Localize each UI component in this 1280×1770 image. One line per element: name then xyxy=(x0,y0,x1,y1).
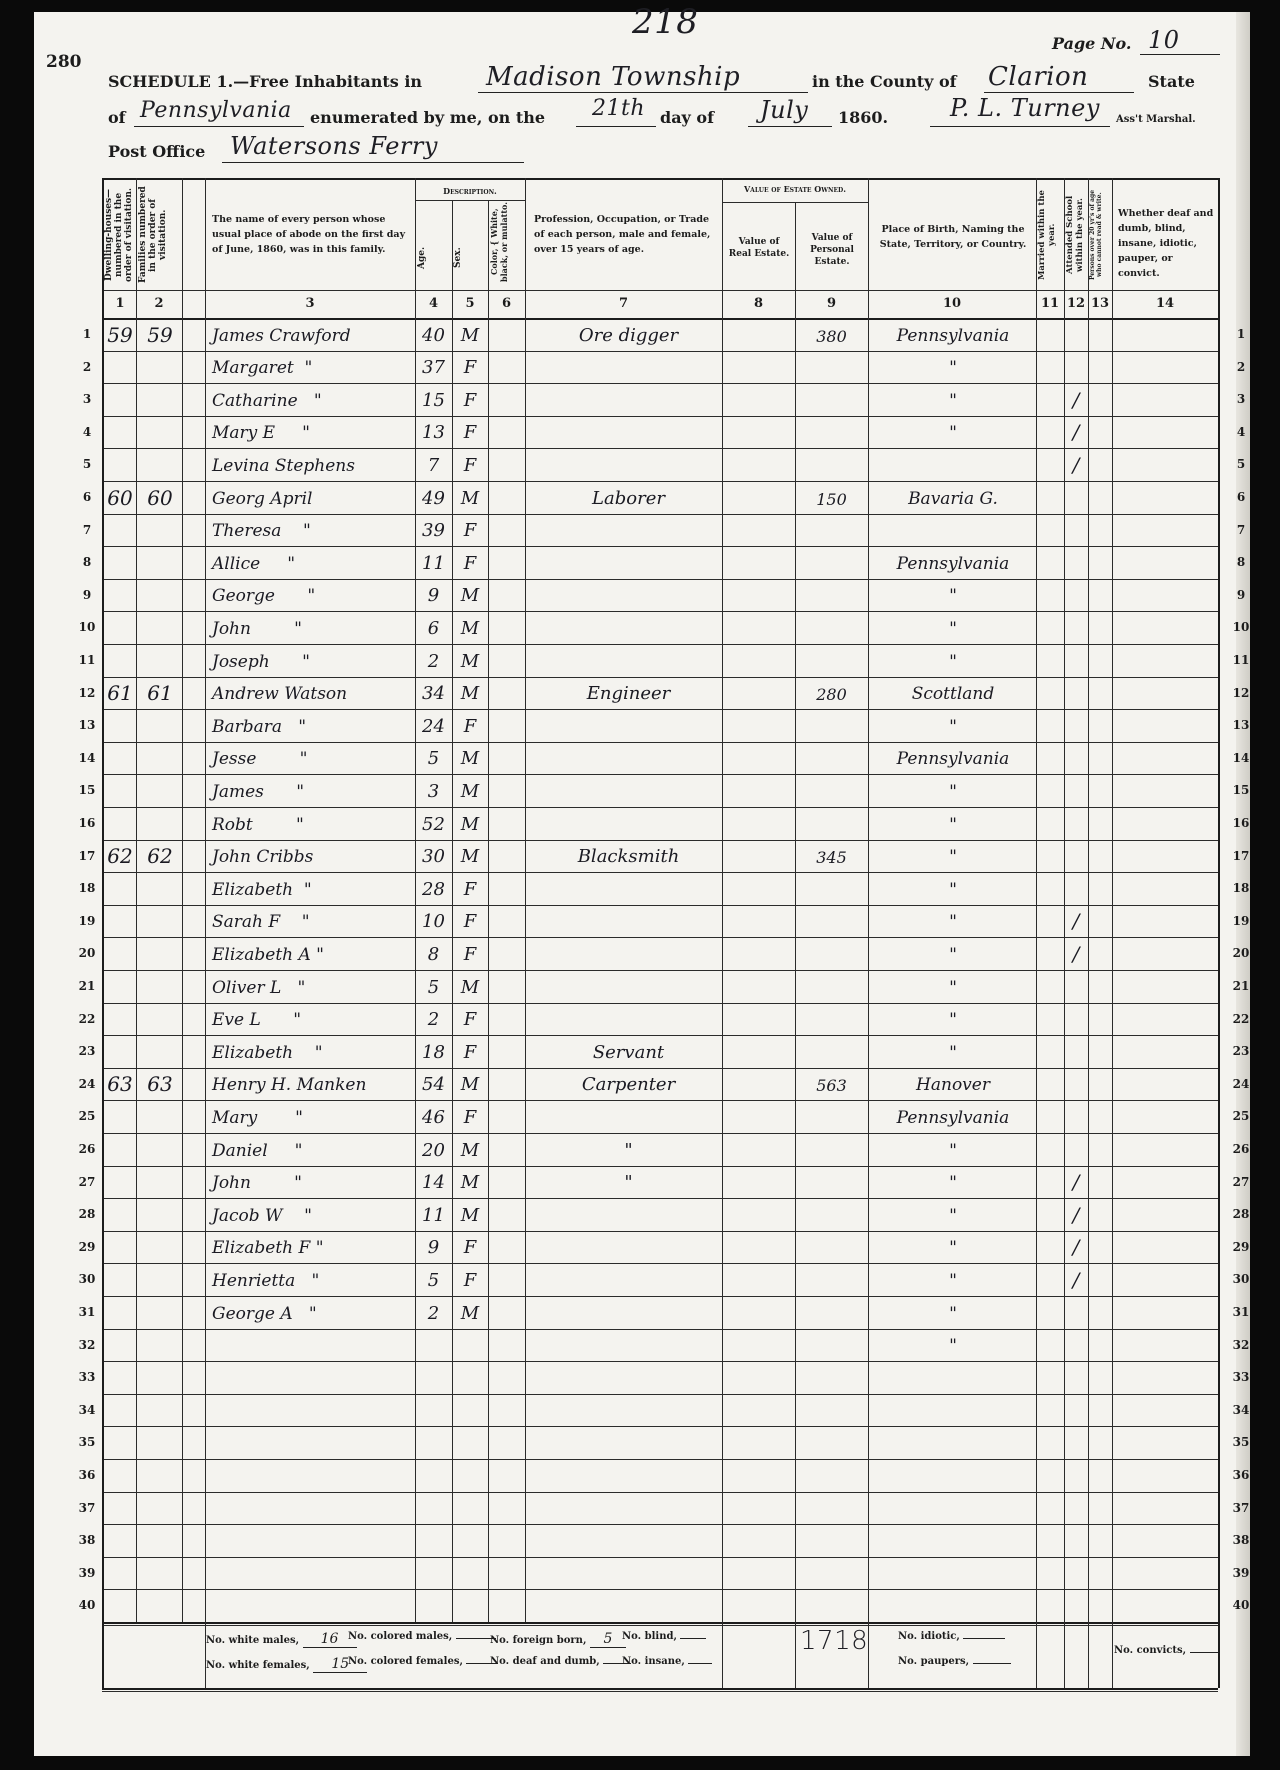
row-number-right: 31 xyxy=(1228,1305,1254,1319)
grid-hline xyxy=(102,351,1218,352)
dwelling-number: 63 xyxy=(104,1072,136,1096)
person-name: Robt " xyxy=(212,815,417,835)
person-name: Theresa " xyxy=(212,521,417,541)
person-name: Henry H. Manken xyxy=(212,1075,417,1095)
grid-hline xyxy=(102,1133,1218,1134)
county-label: in the County of xyxy=(812,72,957,91)
row-number-left: 20 xyxy=(74,946,100,960)
grid-hline xyxy=(102,709,1218,710)
page-no-line xyxy=(1140,54,1220,55)
row-number-left: 10 xyxy=(74,620,100,634)
grid-hline xyxy=(102,1688,1218,1690)
colnum-11: 11 xyxy=(1036,291,1064,317)
handwritten-folio: 218 xyxy=(632,2,698,42)
grid-hline xyxy=(102,1625,1218,1626)
sex: F xyxy=(452,357,488,378)
sex: F xyxy=(452,455,488,476)
school-mark: / xyxy=(1064,1170,1088,1194)
of-label: of xyxy=(108,108,126,127)
colnum-13: 13 xyxy=(1088,291,1112,317)
schedule-title: SCHEDULE 1.—Free Inhabitants in xyxy=(108,72,422,91)
sex: M xyxy=(452,325,488,346)
person-name: Oliver L " xyxy=(212,978,417,998)
row-number-right: 26 xyxy=(1228,1142,1254,1156)
grid-hline xyxy=(102,1003,1218,1004)
birthplace: Bavaria G. xyxy=(870,489,1036,509)
row-number-left: 5 xyxy=(74,457,100,471)
grid-hline xyxy=(102,1361,1218,1362)
row-number-right: 22 xyxy=(1228,1012,1254,1026)
person-name: Mary E " xyxy=(212,423,417,443)
grid-hline xyxy=(102,1166,1218,1167)
row-number-right: 27 xyxy=(1228,1175,1254,1189)
dwelling-number: 62 xyxy=(104,844,136,868)
row-number-left: 33 xyxy=(74,1370,100,1384)
row-number-right: 5 xyxy=(1228,457,1254,471)
county-line xyxy=(984,92,1134,93)
colnum-4: 4 xyxy=(415,291,452,317)
header-school: Attended School within the year. xyxy=(1065,184,1087,286)
row-number-right: 29 xyxy=(1228,1240,1254,1254)
birthplace: Scottland xyxy=(870,684,1036,704)
post-office-value: Watersons Ferry xyxy=(230,132,438,160)
row-number-right: 40 xyxy=(1228,1598,1254,1612)
age: 20 xyxy=(415,1140,452,1161)
row-number-left: 3 xyxy=(74,392,100,406)
row-number-left: 25 xyxy=(74,1109,100,1123)
grid-vline xyxy=(795,202,796,1622)
birthplace: " xyxy=(870,1173,1036,1193)
insane-label: No. insane, xyxy=(622,1656,685,1667)
sex: M xyxy=(452,488,488,509)
colnum-2: 2 xyxy=(137,291,181,317)
foreign-born-value: 5 xyxy=(590,1631,626,1648)
state-line xyxy=(134,126,304,127)
birthplace: " xyxy=(870,1010,1036,1030)
grid-hline xyxy=(102,872,1218,873)
grid-vline xyxy=(722,178,723,1622)
person-name: Georg April xyxy=(212,489,417,509)
header-married: Married within the year. xyxy=(1037,184,1063,286)
row-number-left: 12 xyxy=(74,686,100,700)
dwelling-number: 59 xyxy=(104,323,136,347)
grid-hline xyxy=(102,1524,1218,1525)
colnum-10: 10 xyxy=(868,291,1036,317)
occupation: " xyxy=(535,1172,722,1193)
age: 11 xyxy=(415,1205,452,1226)
insane-value xyxy=(688,1663,712,1664)
personal-estate-value: 345 xyxy=(795,848,868,867)
row-number-left: 14 xyxy=(74,751,100,765)
header-personal-estate: Value of Personal Estate. xyxy=(798,232,866,268)
age: 3 xyxy=(415,781,452,802)
row-number-right: 2 xyxy=(1228,360,1254,374)
row-number-right: 19 xyxy=(1228,914,1254,928)
sex: F xyxy=(452,879,488,900)
person-name: John Cribbs xyxy=(212,847,417,867)
person-name: Jacob W " xyxy=(212,1206,417,1226)
personal-estate-value: 150 xyxy=(795,490,868,509)
person-name: Elizabeth " xyxy=(212,1043,417,1063)
colored-males-label: No. colored males, xyxy=(348,1631,452,1642)
family-number: 59 xyxy=(138,323,182,347)
row-number-right: 33 xyxy=(1228,1370,1254,1384)
school-mark: / xyxy=(1064,909,1088,933)
row-number-right: 16 xyxy=(1228,816,1254,830)
sex: M xyxy=(452,1205,488,1226)
person-name: Allice " xyxy=(212,554,417,574)
birthplace: Hanover xyxy=(870,1075,1036,1095)
footer-foreign-born: No. foreign born, 5 xyxy=(490,1631,626,1648)
sex: M xyxy=(452,781,488,802)
row-number-left: 30 xyxy=(74,1272,100,1286)
age: 39 xyxy=(415,520,452,541)
header-real-estate: Value of Real Estate. xyxy=(726,236,792,260)
grid-vline xyxy=(205,178,206,1622)
occupation: Engineer xyxy=(535,683,722,704)
dwelling-number: 60 xyxy=(104,486,136,510)
sex: F xyxy=(452,553,488,574)
footer-idiotic: No. idiotic, xyxy=(898,1631,1005,1642)
grid-vline xyxy=(1088,178,1089,1622)
age: 5 xyxy=(415,977,452,998)
grid-hline xyxy=(102,1100,1218,1101)
school-mark: / xyxy=(1064,942,1088,966)
family-number: 61 xyxy=(138,681,182,705)
sex: F xyxy=(452,911,488,932)
grid-hline xyxy=(102,611,1218,612)
grid-vline xyxy=(1036,178,1037,1622)
row-number-left: 8 xyxy=(74,555,100,569)
person-name: George A " xyxy=(212,1304,417,1324)
row-number-left: 16 xyxy=(74,816,100,830)
age: 15 xyxy=(415,390,452,411)
row-number-right: 11 xyxy=(1228,653,1254,667)
row-number-right: 30 xyxy=(1228,1272,1254,1286)
row-number-right: 37 xyxy=(1228,1501,1254,1515)
month-line xyxy=(748,126,832,127)
header-sex: Sex. xyxy=(453,230,487,286)
age: 8 xyxy=(415,944,452,965)
birthplace: " xyxy=(870,782,1036,802)
person-name: George " xyxy=(212,586,417,606)
grid-vline xyxy=(488,200,489,1622)
person-name: Daniel " xyxy=(212,1141,417,1161)
birthplace: Pennsylvania xyxy=(870,749,1036,769)
row-number-left: 7 xyxy=(74,523,100,537)
row-number-left: 31 xyxy=(74,1305,100,1319)
age: 9 xyxy=(415,1237,452,1258)
colnum-9: 9 xyxy=(795,291,868,317)
white-males-label: No. white males, xyxy=(206,1635,299,1646)
birthplace: " xyxy=(870,1141,1036,1161)
age: 2 xyxy=(415,651,452,672)
sex: M xyxy=(452,1074,488,1095)
row-number-right: 28 xyxy=(1228,1207,1254,1221)
row-number-right: 32 xyxy=(1228,1338,1254,1352)
grid-hline xyxy=(102,1622,1218,1624)
occupation: Laborer xyxy=(535,488,722,509)
grid-vline xyxy=(1218,178,1220,1622)
row-number-right: 21 xyxy=(1228,979,1254,993)
person-name: Elizabeth F " xyxy=(212,1238,417,1258)
occupation: Servant xyxy=(535,1042,722,1063)
row-number-right: 36 xyxy=(1228,1468,1254,1482)
grid-hline xyxy=(102,178,1218,180)
family-number: 60 xyxy=(138,486,182,510)
sex: M xyxy=(452,977,488,998)
sex: F xyxy=(452,422,488,443)
grid-hline xyxy=(102,1198,1218,1199)
sex: M xyxy=(452,618,488,639)
birthplace: " xyxy=(870,847,1036,867)
sex: F xyxy=(452,716,488,737)
row-number-right: 39 xyxy=(1228,1566,1254,1580)
age: 24 xyxy=(415,716,452,737)
birthplace: " xyxy=(870,586,1036,606)
footer-white-males: No. white males, 16 xyxy=(206,1631,357,1648)
row-number-left: 13 xyxy=(74,718,100,732)
person-name: Levina Stephens xyxy=(212,456,417,476)
birthplace: " xyxy=(870,619,1036,639)
row-number-left: 28 xyxy=(74,1207,100,1221)
row-number-left: 38 xyxy=(74,1533,100,1547)
grid-hline xyxy=(102,840,1218,841)
person-name: John " xyxy=(212,1173,417,1193)
row-number-right: 14 xyxy=(1228,751,1254,765)
header-name: The name of every person whose usual pla… xyxy=(212,212,408,257)
dwelling-number: 61 xyxy=(104,681,136,705)
header-estate-group: Value of Estate Owned. xyxy=(723,182,867,196)
age: 40 xyxy=(415,325,452,346)
paupers-value xyxy=(973,1663,1011,1664)
row-number-left: 37 xyxy=(74,1501,100,1515)
header-remarks: Whether deaf and dumb, blind, insane, id… xyxy=(1118,206,1214,281)
grid-hline xyxy=(102,774,1218,775)
row-number-right: 24 xyxy=(1228,1077,1254,1091)
header-dwelling: Dwelling-houses— numbered in the order o… xyxy=(104,184,136,286)
marshal-line xyxy=(930,126,1110,127)
age: 46 xyxy=(415,1107,452,1128)
enumerated-label: enumerated by me, on the xyxy=(310,108,545,127)
colnum-14: 14 xyxy=(1112,291,1218,317)
age: 52 xyxy=(415,814,452,835)
person-name: Mary " xyxy=(212,1108,417,1128)
sex: F xyxy=(452,944,488,965)
grid-vline xyxy=(722,1622,723,1688)
footer-paupers: No. paupers, xyxy=(898,1656,1011,1667)
sex: F xyxy=(452,1042,488,1063)
birthplace: " xyxy=(870,1206,1036,1226)
sex: F xyxy=(452,1237,488,1258)
row-number-left: 11 xyxy=(74,653,100,667)
age: 10 xyxy=(415,911,452,932)
birthplace: " xyxy=(870,1238,1036,1258)
colnum-12: 12 xyxy=(1064,291,1088,317)
grid-vline xyxy=(102,178,104,1622)
age: 49 xyxy=(415,488,452,509)
row-number-left: 39 xyxy=(74,1566,100,1580)
grid-hline xyxy=(102,1459,1218,1460)
grid-hline xyxy=(102,1394,1218,1395)
occupation: Carpenter xyxy=(535,1074,722,1095)
sex: M xyxy=(452,651,488,672)
convicts-value xyxy=(1190,1652,1218,1653)
stamp-number: 280 xyxy=(46,52,82,72)
age: 18 xyxy=(415,1042,452,1063)
row-number-left: 22 xyxy=(74,1012,100,1026)
row-number-left: 32 xyxy=(74,1338,100,1352)
row-number-right: 3 xyxy=(1228,392,1254,406)
grid-hline xyxy=(102,1589,1218,1590)
colnum-6: 6 xyxy=(488,291,525,317)
grid-hline xyxy=(102,644,1218,645)
grid-hline xyxy=(102,448,1218,449)
birthplace: Pennsylvania xyxy=(870,326,1036,346)
age: 14 xyxy=(415,1172,452,1193)
footer-deaf-dumb: No. deaf and dumb, xyxy=(490,1656,631,1667)
grid-hline xyxy=(102,416,1218,417)
age: 37 xyxy=(415,357,452,378)
white-females-label: No. white females, xyxy=(206,1660,310,1671)
grid-hline xyxy=(102,1263,1218,1264)
person-name: James Crawford xyxy=(212,326,417,346)
person-name: Jesse " xyxy=(212,749,417,769)
grid-hline xyxy=(102,318,1218,320)
birthplace: " xyxy=(870,391,1036,411)
header-illiterate: Persons over 20 yr's of age who cannot r… xyxy=(1089,184,1111,286)
row-number-left: 23 xyxy=(74,1044,100,1058)
row-number-left: 19 xyxy=(74,914,100,928)
grid-hline xyxy=(102,905,1218,906)
grid-vline xyxy=(1088,1622,1089,1688)
family-number: 63 xyxy=(138,1072,182,1096)
row-number-left: 26 xyxy=(74,1142,100,1156)
person-name: Eve L " xyxy=(212,1010,417,1030)
state-label: State xyxy=(1148,72,1195,91)
footer-insane: No. insane, xyxy=(622,1656,712,1667)
header-description-group: Description. xyxy=(416,184,524,198)
footer-colored-females: No. colored females, xyxy=(348,1656,498,1667)
header-occupation: Profession, Occupation, or Trade of each… xyxy=(534,212,714,257)
personal-estate-value: 563 xyxy=(795,1076,868,1095)
row-number-right: 17 xyxy=(1228,849,1254,863)
grid-vline xyxy=(1036,1622,1037,1688)
header-birthplace: Place of Birth, Naming the State, Territ… xyxy=(874,222,1032,252)
school-mark: / xyxy=(1064,1235,1088,1259)
age: 28 xyxy=(415,879,452,900)
birthplace: " xyxy=(870,1336,1036,1356)
grid-hline xyxy=(102,579,1218,580)
row-number-left: 21 xyxy=(74,979,100,993)
row-number-left: 17 xyxy=(74,849,100,863)
person-name: Henrietta " xyxy=(212,1271,417,1291)
person-name: Margaret " xyxy=(212,358,417,378)
footer-colored-males: No. colored males, xyxy=(348,1631,496,1642)
day-line xyxy=(576,126,656,127)
personal-estate-value: 380 xyxy=(795,327,868,346)
age: 7 xyxy=(415,455,452,476)
age: 5 xyxy=(415,1270,452,1291)
grid-vline xyxy=(795,1622,796,1688)
age: 2 xyxy=(415,1303,452,1324)
grid-hline xyxy=(102,1691,1218,1692)
row-number-right: 25 xyxy=(1228,1109,1254,1123)
birthplace: " xyxy=(870,423,1036,443)
sex: M xyxy=(452,748,488,769)
grid-hline xyxy=(102,546,1218,547)
age: 6 xyxy=(415,618,452,639)
birthplace: " xyxy=(870,1271,1036,1291)
birthplace: " xyxy=(870,717,1036,737)
sex: M xyxy=(452,846,488,867)
row-number-left: 6 xyxy=(74,490,100,504)
grid-hline xyxy=(102,514,1218,515)
birthplace: " xyxy=(870,978,1036,998)
row-number-right: 20 xyxy=(1228,946,1254,960)
birthplace: " xyxy=(870,358,1036,378)
age: 9 xyxy=(415,585,452,606)
grid-vline xyxy=(1112,178,1113,1622)
grid-hline xyxy=(102,1329,1218,1330)
post-office-line xyxy=(222,162,524,163)
row-number-left: 9 xyxy=(74,588,100,602)
sex: F xyxy=(452,1009,488,1030)
person-name: Sarah F " xyxy=(212,912,417,932)
row-number-left: 24 xyxy=(74,1077,100,1091)
day-value: 21th xyxy=(592,96,645,121)
grid-hline xyxy=(102,1035,1218,1036)
footer-white-females: No. white females, 15 xyxy=(206,1656,367,1673)
age: 30 xyxy=(415,846,452,867)
grid-hline xyxy=(102,1296,1218,1297)
row-number-left: 15 xyxy=(74,783,100,797)
row-number-left: 40 xyxy=(74,1598,100,1612)
grid-vline xyxy=(102,1622,104,1688)
idiotic-label: No. idiotic, xyxy=(898,1631,960,1642)
age: 54 xyxy=(415,1074,452,1095)
footer-convicts: No. convicts, xyxy=(1114,1645,1218,1656)
post-office-label: Post Office xyxy=(108,142,205,161)
grid-hline xyxy=(102,970,1218,971)
sex: F xyxy=(452,1107,488,1128)
age: 11 xyxy=(415,553,452,574)
blind-label: No. blind, xyxy=(622,1631,677,1642)
township-line xyxy=(478,92,808,93)
deaf-dumb-label: No. deaf and dumb, xyxy=(490,1656,600,1667)
grid-vline xyxy=(868,178,869,1622)
school-mark: / xyxy=(1064,1203,1088,1227)
idiotic-value xyxy=(963,1638,1005,1639)
grid-hline xyxy=(102,937,1218,938)
age: 2 xyxy=(415,1009,452,1030)
colnum-7: 7 xyxy=(525,291,722,317)
person-name: Andrew Watson xyxy=(212,684,417,704)
marshal-label: Ass't Marshal. xyxy=(1116,114,1196,125)
birthplace: " xyxy=(870,1043,1036,1063)
occupation: Blacksmith xyxy=(535,846,722,867)
row-number-right: 10 xyxy=(1228,620,1254,634)
birthplace: " xyxy=(870,880,1036,900)
state-value: Pennsylvania xyxy=(140,98,292,123)
row-number-right: 12 xyxy=(1228,686,1254,700)
year-label: 1860. xyxy=(838,108,888,127)
family-number: 62 xyxy=(138,844,182,868)
age: 13 xyxy=(415,422,452,443)
row-number-right: 13 xyxy=(1228,718,1254,732)
sex: M xyxy=(452,1140,488,1161)
school-mark: / xyxy=(1064,1268,1088,1292)
